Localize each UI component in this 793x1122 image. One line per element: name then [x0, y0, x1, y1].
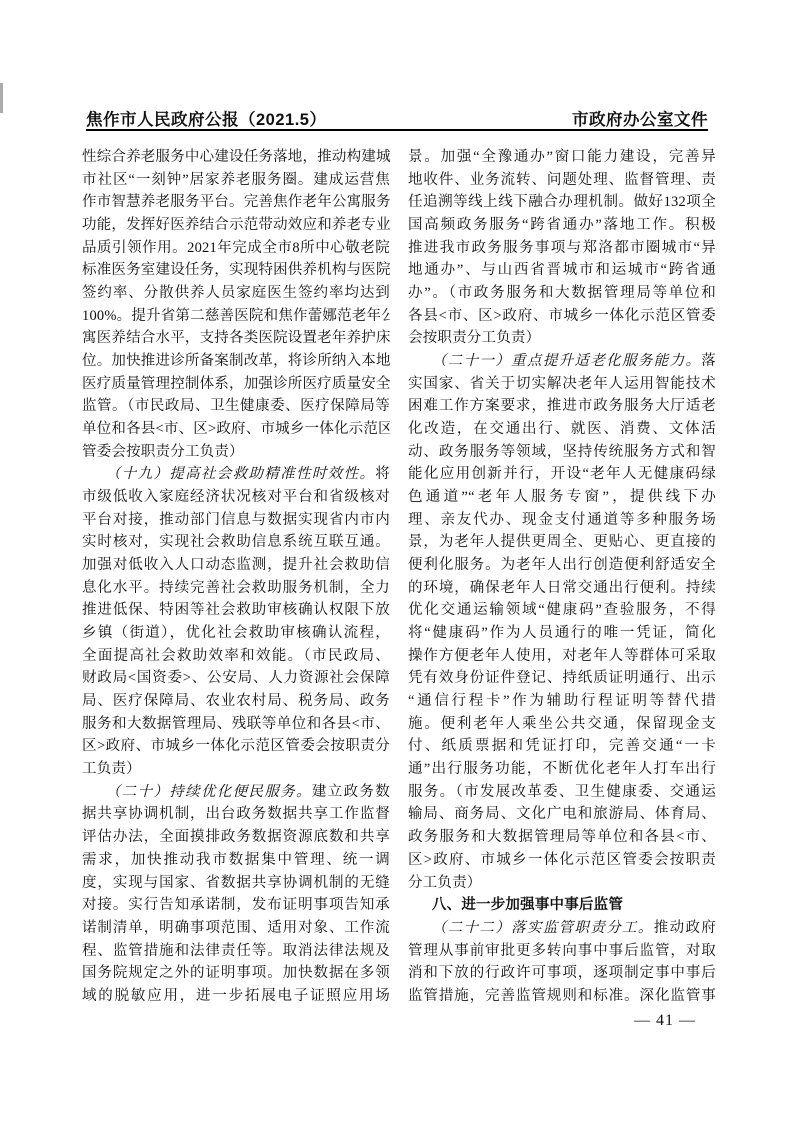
- text-line: 功能，发挥好医养结合示范带动效应和养老专业: [82, 214, 390, 237]
- body-text: 域的脱敏应用，进一步拓展电子证照应用场: [82, 988, 390, 1004]
- text-line: 标准医务室建设任务，实现特困供养机构与医院: [82, 259, 390, 282]
- text-line: 区>政府、市城乡一体化示范区管委会按职责分: [82, 735, 390, 758]
- body-text: 施。便利老年人乘坐公共交通，保留现金支: [408, 716, 716, 732]
- text-line: 监管措施，完善监管规则和标准。深化监管事: [408, 985, 716, 1008]
- text-line: 单位和各县<市、区>政府、市城乡一体化示范区: [82, 418, 390, 441]
- text-line: 需求，加快推动我市数据集中管理、统一调: [82, 849, 390, 872]
- body-text: 单位和各县<市、区>政府、市城乡一体化示范区: [82, 421, 390, 437]
- text-line: 评估办法，全面摸排政务数据资源底数和共享: [82, 826, 390, 849]
- body-text: 监管措施，完善监管规则和标准。深化监管事: [408, 988, 716, 1004]
- text-line: 监管。（市民政局、卫生健康委、医疗保障局等: [82, 395, 390, 418]
- text-line: 据共享协调机制，出台政务数据共享工作监督: [82, 803, 390, 826]
- body-text: 国务院规定之外的证明事项。加快数据在多领: [82, 965, 390, 981]
- body-text: 位。加快推进诊所备案制改革，将诊所纳入本地: [82, 353, 390, 369]
- text-line: 服务和大数据管理局、残联等单位和各县<市、: [82, 713, 390, 736]
- body-text: 便利化服务。为老年人出行创造便利舒适安全: [408, 557, 716, 573]
- body-text: 将“健康码”作为人员通行的唯一凭证，简化: [408, 625, 716, 641]
- text-line: 地收件、业务流转、问题处理、监督管理、责: [408, 169, 716, 192]
- text-line: 程、监管措施和法律责任等。取消法律法规及: [82, 940, 390, 963]
- header-document-category: 市政府办公室文件: [572, 106, 708, 130]
- body-text: 能化应用创新并行，开设“老年人无健康码绿: [408, 466, 716, 482]
- body-text: 实国家、省关于切实解决老年人运用智能技术: [408, 376, 716, 392]
- body-text: 市级低收入家庭经济状况核对平台和省级核对: [82, 489, 390, 505]
- page-number: — 41 —: [618, 1012, 712, 1030]
- body-text: 市社区“一刻钟”居家养老服务圈。建成运营焦: [82, 172, 390, 188]
- text-line: 国高频政务服务“跨省通办”落地工作。积极: [408, 214, 716, 237]
- text-line: 100%。提升省第二慈善医院和焦作蕾娜范老年公: [82, 305, 390, 328]
- text-line: （二十一）重点提升适老化服务能力。落: [408, 350, 716, 373]
- text-line: 位。加快推进诊所备案制改革，将诊所纳入本地: [82, 350, 390, 373]
- text-line: 度，实现与国家、省数据共享协调机制的无缝: [82, 872, 390, 895]
- body-text: 办”。（市政务服务和大数据管理局等单位和: [408, 285, 716, 301]
- body-text: 功能，发挥好医养结合示范带动效应和养老专业: [82, 217, 390, 233]
- body-text: 息化水平。持续完善社会救助服务机制，全力: [82, 580, 390, 596]
- body-text: 色通道”“老年人服务专窗”，提供线下办: [408, 489, 716, 505]
- text-line: 推进低保、特困等社会救助审核确认权限下放: [82, 599, 390, 622]
- body-text: 化改造，在交通出行、就医、消费、文体活: [408, 421, 716, 437]
- text-line: 地通办”、与山西省晋城市和运城市“跨省通: [408, 259, 716, 282]
- body-text: 加强对低收入人口动态监测，提升社会救助信: [82, 557, 390, 573]
- text-line: 任追溯等线上线下融合办理机制。做好132项全: [408, 191, 716, 214]
- text-line: 管理从事前审批更多转向事中事后监管，对取: [408, 940, 716, 963]
- text-line: 施。便利老年人乘坐公共交通，保留现金支: [408, 713, 716, 736]
- body-text: 全面提高社会救助效率和效能。（市民政局、: [82, 648, 390, 664]
- body-text: 100%。提升省第二慈善医院和焦作蕾娜范老年公: [82, 308, 390, 324]
- text-line: 政务服务和大数据管理局等单位和各县<市、: [408, 826, 716, 849]
- text-line: 输局、商务局、文化广电和旅游局、体育局、: [408, 803, 716, 826]
- text-line: 八、进一步加强事中事后监管: [408, 894, 716, 917]
- text-line: 实国家、省关于切实解决老年人运用智能技术: [408, 373, 716, 396]
- body-text: 评估办法，全面摸排政务数据资源底数和共享: [82, 829, 390, 845]
- text-line: 作市智慧养老服务平台。完善焦作老年公寓服务: [82, 191, 390, 214]
- body-text: 理、亲友代办、现金支付通道等多种服务场: [408, 512, 716, 528]
- page-header: 焦作市人民政府公报（2021.5） 市政府办公室文件: [86, 106, 708, 130]
- body-text: 品质引领作用。2021年完成全市8所中心敬老院: [82, 240, 390, 256]
- text-line: 推进我市政务服务事项与郑洛都市圈城市“异: [408, 237, 716, 260]
- text-line: 通”出行服务功能，不断优化老年人打车出行: [408, 758, 716, 781]
- text-line: 凭有效身份证件登记、持纸质证明通行、出示: [408, 667, 716, 690]
- text-line: 将“健康码”作为人员通行的唯一凭证，简化: [408, 622, 716, 645]
- body-text: 作市智慧养老服务平台。完善焦作老年公寓服务: [82, 194, 390, 210]
- clause-heading: （二十二）落实监管职责分工。: [432, 920, 654, 936]
- body-text: 区>政府、市城乡一体化示范区管委会按职责分: [82, 738, 390, 754]
- text-line: （十九）提高社会救助精准性时效性。将: [82, 463, 390, 486]
- body-text: 乡镇（街道），优化社会救助审核确认流程，: [82, 625, 390, 641]
- text-line: 诺制清单，明确事项范围、适用对象、工作流: [82, 917, 390, 940]
- text-line: 域的脱敏应用，进一步拓展电子证照应用场: [82, 985, 390, 1008]
- body-text: 凭有效身份证件登记、持纸质证明通行、出示: [408, 670, 716, 686]
- body-text: 服务和大数据管理局、残联等单位和各县<市、: [82, 716, 390, 732]
- clause-heading: （二十一）重点提升适老化服务能力。: [432, 353, 701, 369]
- body-text: 地收件、业务流转、问题处理、监督管理、责: [408, 172, 716, 188]
- body-text: 景。加强“全豫通办”窗口能力建设，完善异: [408, 149, 716, 165]
- body-text: 对接。实行告知承诺制，发布证明事项告知承: [82, 897, 390, 913]
- text-line: 医疗质量管理控制体系，加强诊所医疗质量安全: [82, 373, 390, 396]
- text-line: 全面提高社会救助效率和效能。（市民政局、: [82, 645, 390, 668]
- text-line: 能化应用创新并行，开设“老年人无健康码绿: [408, 463, 716, 486]
- text-line: 理、亲友代办、现金支付通道等多种服务场: [408, 509, 716, 532]
- body-text: 诺制清单，明确事项范围、适用对象、工作流: [82, 920, 390, 936]
- body-text: 操作方便老年人使用，对老年人等群体可采取: [408, 648, 716, 664]
- body-text: 推动政府: [654, 920, 716, 936]
- text-line: 乡镇（街道），优化社会救助审核确认流程，: [82, 622, 390, 645]
- body-text: 性综合养老服务中心建设任务落地，推动构建城: [82, 149, 390, 165]
- text-line: 签约率、分散供养人员家庭医生签约率均达到: [82, 282, 390, 305]
- body-text: 医疗质量管理控制体系，加强诊所医疗质量安全: [82, 376, 390, 392]
- body-text: 将: [375, 466, 390, 482]
- body-text: 推进低保、特困等社会救助审核确认权限下放: [82, 602, 390, 618]
- body-text: 平台对接，推动部门信息与数据实现省内市内: [82, 512, 390, 528]
- body-text: 监管。（市民政局、卫生健康委、医疗保障局等: [82, 398, 390, 414]
- text-line: 管委会按职责分工负责）: [82, 441, 390, 464]
- body-text: 需求，加快推动我市数据集中管理、统一调: [82, 852, 390, 868]
- body-text: 消和下放的行政许可事项，逐项制定事中事后: [408, 965, 716, 981]
- body-text: 度，实现与国家、省数据共享协调机制的无缝: [82, 875, 390, 891]
- text-line: 困难工作方案要求，推进市政务服务大厅适老: [408, 395, 716, 418]
- body-text: 动、政务服务等领域，坚持传统服务方式和智: [408, 444, 716, 460]
- text-column-right: 景。加强“全豫通办”窗口能力建设，完善异地收件、业务流转、问题处理、监督管理、责…: [408, 146, 716, 1008]
- body-text: 据共享协调机制，出台政务数据共享工作监督: [82, 806, 390, 822]
- text-line: 操作方便老年人使用，对老年人等群体可采取: [408, 645, 716, 668]
- text-line: 优化交通运输领域“健康码”查验服务，不得: [408, 599, 716, 622]
- text-line: 财政局<国资委>、公安局、人力资源社会保障: [82, 667, 390, 690]
- section-heading: 八、进一步加强事中事后监管: [432, 897, 623, 913]
- text-line: 消和下放的行政许可事项，逐项制定事中事后: [408, 962, 716, 985]
- text-line: 各县<市、区>政府、市城乡一体化示范区管委: [408, 305, 716, 328]
- body-text: 分工负责）: [408, 875, 482, 891]
- text-line: 工负责）: [82, 758, 390, 781]
- header-divider-rule: [86, 129, 708, 131]
- text-line: 的环境，确保老年人日常交通出行便利。持续: [408, 577, 716, 600]
- scan-edge-artifact: [0, 83, 3, 113]
- text-line: 区>政府、市城乡一体化示范区管委会按职责: [408, 849, 716, 872]
- body-text: 景，为老年人提供更周全、更贴心、更直接的: [408, 534, 716, 550]
- text-line: 加强对低收入人口动态监测，提升社会救助信: [82, 554, 390, 577]
- text-column-left: 性综合养老服务中心建设任务落地，推动构建城市社区“一刻钟”居家养老服务圈。建成运…: [82, 146, 390, 1008]
- clause-heading: （二十）持续优化便民服务。: [106, 784, 312, 800]
- body-text: 的环境，确保老年人日常交通出行便利。持续: [408, 580, 716, 596]
- body-text: 实时核对，实现社会救助信息系统互联互通。: [82, 534, 390, 550]
- text-line: 对接。实行告知承诺制，发布证明事项告知承: [82, 894, 390, 917]
- text-line: 景，为老年人提供更周全、更贴心、更直接的: [408, 531, 716, 554]
- text-line: （二十二）落实监管职责分工。推动政府: [408, 917, 716, 940]
- body-text: 优化交通运输领域“健康码”查验服务，不得: [408, 602, 716, 618]
- text-line: 息化水平。持续完善社会救助服务机制，全力: [82, 577, 390, 600]
- text-line: 实时核对，实现社会救助信息系统互联互通。: [82, 531, 390, 554]
- text-line: 局、医疗保障局、农业农村局、税务局、政务: [82, 690, 390, 713]
- body-text: 通”出行服务功能，不断优化老年人打车出行: [408, 761, 716, 777]
- body-text: 输局、商务局、文化广电和旅游局、体育局、: [408, 806, 716, 822]
- body-text: 标准医务室建设任务，实现特困供养机构与医院: [82, 262, 390, 278]
- text-line: 化改造，在交通出行、就医、消费、文体活: [408, 418, 716, 441]
- text-line: 便利化服务。为老年人出行创造便利舒适安全: [408, 554, 716, 577]
- text-line: 性综合养老服务中心建设任务落地，推动构建城: [82, 146, 390, 169]
- text-line: （二十）持续优化便民服务。建立政务数: [82, 781, 390, 804]
- text-line: 品质引领作用。2021年完成全市8所中心敬老院: [82, 237, 390, 260]
- body-text: 区>政府、市城乡一体化示范区管委会按职责: [408, 852, 716, 868]
- text-line: 服务。（市发展改革委、卫生健康委、交通运: [408, 781, 716, 804]
- body-text: 地通办”、与山西省晋城市和运城市“跨省通: [408, 262, 716, 278]
- text-line: 动、政务服务等领域，坚持传统服务方式和智: [408, 441, 716, 464]
- text-line: 色通道”“老年人服务专窗”，提供线下办: [408, 486, 716, 509]
- body-text: 服务。（市发展改革委、卫生健康委、交通运: [408, 784, 716, 800]
- body-text: 签约率、分散供养人员家庭医生签约率均达到: [82, 285, 390, 301]
- text-line: 平台对接，推动部门信息与数据实现省内市内: [82, 509, 390, 532]
- body-text: 程、监管措施和法律责任等。取消法律法规及: [82, 943, 390, 959]
- text-line: 国务院规定之外的证明事项。加快数据在多领: [82, 962, 390, 985]
- header-gazette-title: 焦作市人民政府公报（2021.5）: [86, 106, 326, 130]
- body-text: 局、医疗保障局、农业农村局、税务局、政务: [82, 693, 390, 709]
- body-text: 建立政务数: [312, 784, 390, 800]
- body-text: 落: [701, 353, 716, 369]
- text-line: 市级低收入家庭经济状况核对平台和省级核对: [82, 486, 390, 509]
- body-text: 任追溯等线上线下融合办理机制。做好132项全: [408, 194, 716, 210]
- body-text: 管理从事前审批更多转向事中事后监管，对取: [408, 943, 716, 959]
- text-line: “通信行程卡”作为辅助行程证明等替代措: [408, 690, 716, 713]
- document-page: 焦作市人民政府公报（2021.5） 市政府办公室文件 性综合养老服务中心建设任务…: [0, 0, 793, 1122]
- body-text: 财政局<国资委>、公安局、人力资源社会保障: [82, 670, 390, 686]
- text-line: 市社区“一刻钟”居家养老服务圈。建成运营焦: [82, 169, 390, 192]
- body-text: 工负责）: [82, 761, 141, 777]
- body-text: “通信行程卡”作为辅助行程证明等替代措: [408, 693, 716, 709]
- body-text: 寓医养结合水平，支持各类医院设置老年养护床: [82, 330, 390, 346]
- body-text: 困难工作方案要求，推进市政务服务大厅适老: [408, 398, 716, 414]
- body-text: 推进我市政务服务事项与郑洛都市圈城市“异: [408, 240, 716, 256]
- text-line: 会按职责分工负责）: [408, 327, 716, 350]
- clause-heading: （十九）提高社会救助精准性时效性。: [106, 466, 375, 482]
- text-line: 付、纸质票据和凭证打印，完善交通“一卡: [408, 735, 716, 758]
- text-line: 景。加强“全豫通办”窗口能力建设，完善异: [408, 146, 716, 169]
- body-text: 国高频政务服务“跨省通办”落地工作。积极: [408, 217, 716, 233]
- body-text: 会按职责分工负责）: [408, 330, 540, 346]
- body-text: 付、纸质票据和凭证打印，完善交通“一卡: [408, 738, 716, 754]
- text-line: 分工负责）: [408, 872, 716, 895]
- text-line: 办”。（市政务服务和大数据管理局等单位和: [408, 282, 716, 305]
- text-line: 寓医养结合水平，支持各类医院设置老年养护床: [82, 327, 390, 350]
- body-text: 各县<市、区>政府、市城乡一体化示范区管委: [408, 308, 716, 324]
- body-text: 管委会按职责分工负责）: [82, 444, 244, 460]
- body-text: 政务服务和大数据管理局等单位和各县<市、: [408, 829, 716, 845]
